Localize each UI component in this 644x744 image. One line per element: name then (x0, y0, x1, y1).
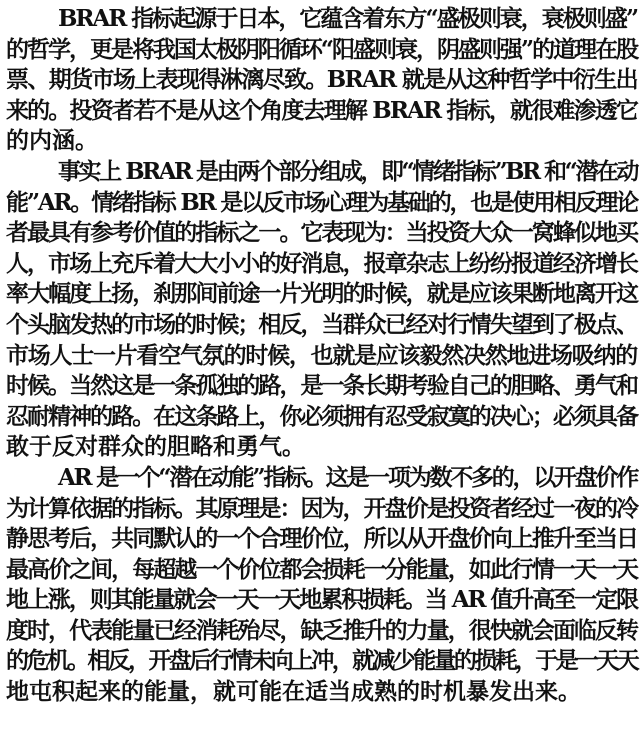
text-line: 敢于反对群众的胆略和勇气。 (6, 432, 637, 463)
text-line: 能”AR。情绪指标 BR 是以反市场心理为基础的，也是使用相反理论 (6, 188, 637, 219)
text-line: 为计算依据的指标。其原理是：因为，开盘价是投资者经过一夜的冷 (6, 494, 637, 525)
text-line: 时候。当然这是一条孤独的路，是一条长期考验自己的胆略、勇气和 (6, 371, 637, 402)
text-line: 市场人士一片看空气氛的时候，也就是应该毅然决然地进场吸纳的 (6, 341, 637, 372)
text-line: 率大幅度上扬，刹那间前途一片光明的时候，就是应该果断地离开这 (6, 279, 637, 310)
text-line: 最高价之间，每超越一个价位都会损耗一分能量，如此行情一天一天 (6, 555, 637, 586)
text-line: 人，市场上充斥着大大小小的好消息，报章杂志上纷纷报道经济增长 (6, 249, 637, 280)
document-page: BRAR 指标起源于日本，它蕴含着东方“盛极则衰，衰极则盛” 的哲学，更是将我国… (6, 4, 637, 708)
text-line: 静思考后，共同默认的一个合理价位，所以从开盘价向上推升至当日 (6, 524, 637, 555)
text-line: 忍耐精神的路。在这条路上，你必须拥有忍受寂寞的决心；必须具备 (6, 402, 637, 433)
paragraph-brar-origin: BRAR 指标起源于日本，它蕴含着东方“盛极则衰，衰极则盛” 的哲学，更是将我国… (6, 4, 637, 157)
text-line: 的危机。相反，开盘后行情未向上冲，就减少能量的损耗，于是一天天 (6, 646, 637, 677)
text-line: 的哲学，更是将我国太极阴阳循环“阳盛则衰，阴盛则强”的道理在股 (6, 35, 637, 66)
text-line: 个头脑发热的市场的时候；相反，当群众已经对行情失望到了极点、 (6, 310, 637, 341)
paragraph-ar-indicator: AR 是一个“潜在动能”指标。这是一项为数不多的，以开盘价作 为计算依据的指标。… (6, 463, 637, 708)
text-line: 者最具有参考价值的指标之一。它表现为：当投资大众一窝蜂似地买 (6, 218, 637, 249)
text-line: 事实上 BRAR 是由两个部分组成，即“情绪指标”BR 和“潜在动 (6, 157, 637, 188)
text-line: 的内涵。 (6, 126, 637, 157)
text-line: 地屯积起来的能量，就可能在适当成熟的时机暴发出来。 (6, 677, 637, 708)
text-line: AR 是一个“潜在动能”指标。这是一项为数不多的，以开盘价作 (6, 463, 637, 494)
paragraph-br-indicator: 事实上 BRAR 是由两个部分组成，即“情绪指标”BR 和“潜在动 能”AR。情… (6, 157, 637, 463)
text-line: 来的。投资者若不是从这个角度去理解 BRAR 指标，就很难渗透它 (6, 96, 637, 127)
text-line: BRAR 指标起源于日本，它蕴含着东方“盛极则衰，衰极则盛” (6, 4, 637, 35)
text-line: 票、期货市场上表现得淋漓尽致。BRAR 就是从这种哲学中衍生出 (6, 65, 637, 96)
text-line: 度时，代表能量已经消耗殆尽，缺乏推升的力量，很快就会面临反转 (6, 616, 637, 647)
text-line: 地上涨，则其能量就会一天一天地累积损耗。当 AR 值升高至一定限 (6, 585, 637, 616)
